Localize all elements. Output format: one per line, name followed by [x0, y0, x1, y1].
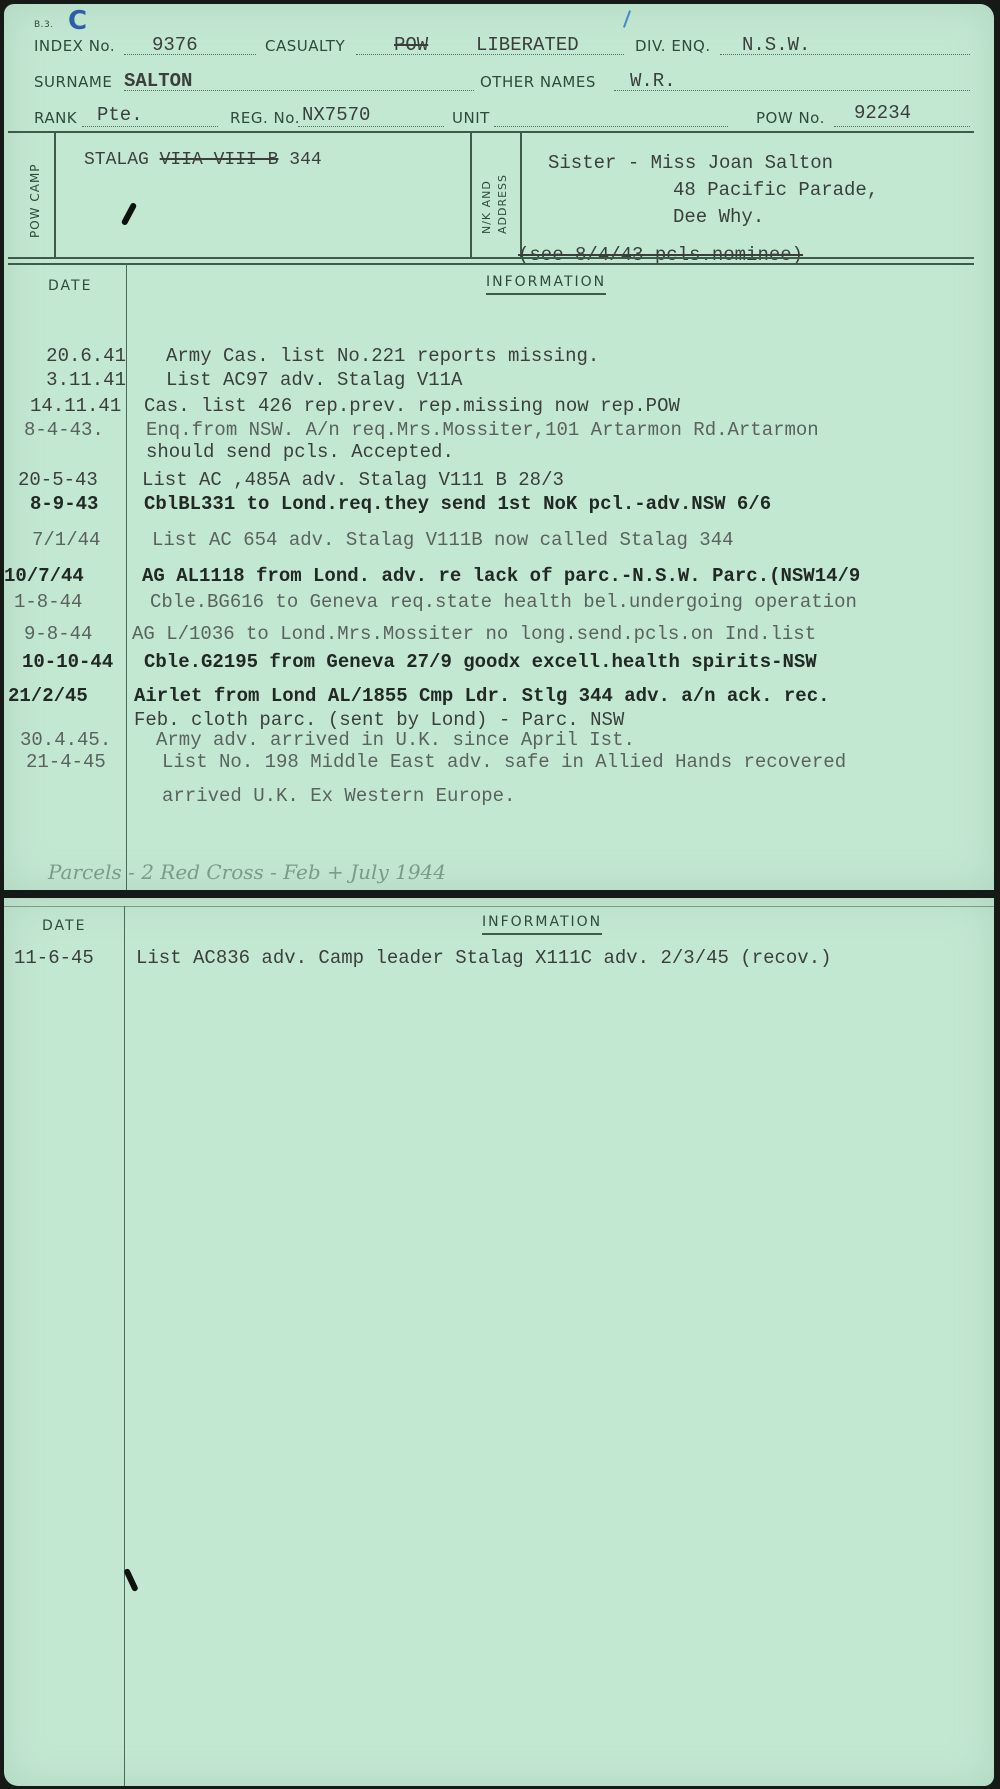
pow-camp-label: POW CAMP [28, 163, 42, 238]
pow-camp-value: STALAG VIIA VIII-B 344 [84, 150, 322, 170]
other-names-label: OTHER NAMES [480, 73, 596, 91]
index-no-value: 9376 [152, 34, 198, 56]
form-code: B.3. [34, 20, 54, 30]
div-enq-label: DIV. ENQ. [635, 37, 711, 55]
punch-hole [121, 202, 138, 226]
rank-label: RANK [34, 109, 77, 127]
index-no-label: INDEX No. [34, 37, 115, 55]
other-names-value: W.R. [630, 70, 676, 92]
surname-label: SURNAME [34, 73, 112, 91]
pen-mark [623, 10, 631, 28]
date-header: DATE [42, 918, 86, 934]
punch-hole [123, 1568, 139, 1592]
nok-label-line1: N/K AND [480, 180, 494, 234]
reg-no-value: NX7570 [302, 104, 370, 126]
casualty-struck-value: POW [394, 34, 428, 56]
handwritten-parcels-note: Parcels - 2 Red Cross - Feb + July 1944 [48, 860, 446, 884]
reg-no-label: REG. No. [230, 109, 300, 127]
date-column-divider [126, 263, 127, 890]
record-card-back: DATE INFORMATION 11-6-45 List AC836 adv.… [4, 898, 994, 1786]
date-column-divider [124, 906, 125, 1786]
pow-no-value: 92234 [854, 102, 911, 124]
casualty-value: LIBERATED [476, 34, 579, 56]
handwritten-c-mark: C [68, 6, 87, 36]
pow-no-label: POW No. [756, 109, 825, 127]
div-enq-value: N.S.W. [742, 34, 810, 56]
nok-label-line2: ADDRESS [496, 174, 510, 234]
casualty-label: CASUALTY [265, 37, 345, 55]
information-header: INFORMATION [482, 914, 602, 935]
information-header: INFORMATION [486, 274, 606, 295]
divider [8, 131, 974, 133]
rank-value: Pte. [97, 104, 143, 126]
record-card-front: B.3. C INDEX No. 9376 CASUALTY POW LIBER… [4, 4, 994, 890]
date-header: DATE [48, 278, 92, 294]
surname-value: SALTON [124, 70, 192, 92]
nok-address: Sister - Miss Joan Salton 48 Pacific Par… [548, 150, 878, 231]
unit-label: UNIT [452, 109, 490, 127]
